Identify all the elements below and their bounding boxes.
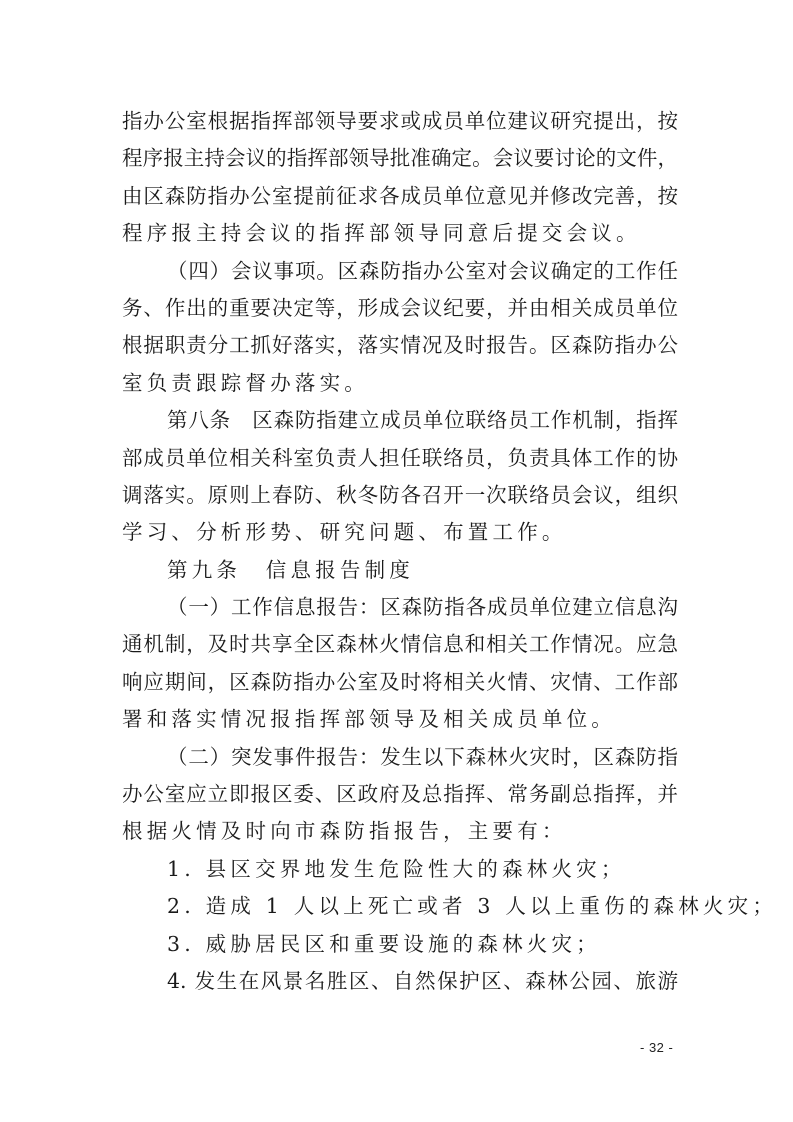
text-line: 由区森防指办公室提前征求各成员单位意见并修改完善，按 bbox=[122, 178, 678, 215]
text-line: 部成员单位相关科室负责人担任联络员，负责具体工作的协 bbox=[122, 440, 678, 477]
text-line: 室负责跟踪督办落实。 bbox=[122, 365, 678, 402]
page-number: - 32 - bbox=[640, 1040, 673, 1055]
list-item: 3. 威胁居民区和重要设施的森林火灾； bbox=[122, 926, 678, 963]
paragraph-heading-line: （四）会议事项。区森防指办公室对会议确定的工作任 bbox=[122, 253, 678, 290]
text-line: 调落实。原则上春防、秋冬防各召开一次联络员会议，组织 bbox=[122, 477, 678, 514]
text-line: 务、作出的重要决定等，形成会议纪要，并由相关成员单位 bbox=[122, 290, 678, 327]
list-item: 2. 造成 1 人以上死亡或者 3 人以上重伤的森林火灾； bbox=[122, 888, 678, 925]
list-item: 1. 县区交界地发生危险性大的森林火灾； bbox=[122, 851, 678, 888]
text-line: 指办公室根据指挥部领导要求或成员单位建议研究提出，按 bbox=[122, 103, 678, 140]
text-line: 学习、分析形势、研究问题、布置工作。 bbox=[122, 514, 678, 551]
text-line: 程序报主持会议的指挥部领导同意后提交会议。 bbox=[122, 215, 678, 252]
document-body: 指办公室根据指挥部领导要求或成员单位建议研究提出，按 程序报主持会议的指挥部领导… bbox=[122, 103, 678, 1000]
article-nine-heading: 第九条 信息报告制度 bbox=[122, 552, 678, 589]
paragraph-heading-line: （一）工作信息报告：区森防指各成员单位建立信息沟 bbox=[122, 589, 678, 626]
article-eight-line: 第八条 区森防指建立成员单位联络员工作机制，指挥 bbox=[122, 402, 678, 439]
text-line: 办公室应立即报区委、区政府及总指挥、常务副总指挥，并 bbox=[122, 776, 678, 813]
text-line: 根据火情及时向市森防指报告，主要有： bbox=[122, 813, 678, 850]
text-line: 署和落实情况报指挥部领导及相关成员单位。 bbox=[122, 701, 678, 738]
paragraph-heading-line: （二）突发事件报告：发生以下森林火灾时，区森防指 bbox=[122, 739, 678, 776]
text-line: 程序报主持会议的指挥部领导批准确定。会议要讨论的文件， bbox=[122, 140, 678, 177]
text-line: 根据职责分工抓好落实，落实情况及时报告。区森防指办公 bbox=[122, 327, 678, 364]
text-line: 响应期间，区森防指办公室及时将相关火情、灾情、工作部 bbox=[122, 664, 678, 701]
text-line: 通机制，及时共享全区森林火情信息和相关工作情况。应急 bbox=[122, 626, 678, 663]
list-item: 4. 发生在风景名胜区、自然保护区、森林公园、旅游 bbox=[122, 963, 678, 1000]
document-page: 指办公室根据指挥部领导要求或成员单位建议研究提出，按 程序报主持会议的指挥部领导… bbox=[0, 0, 793, 1122]
